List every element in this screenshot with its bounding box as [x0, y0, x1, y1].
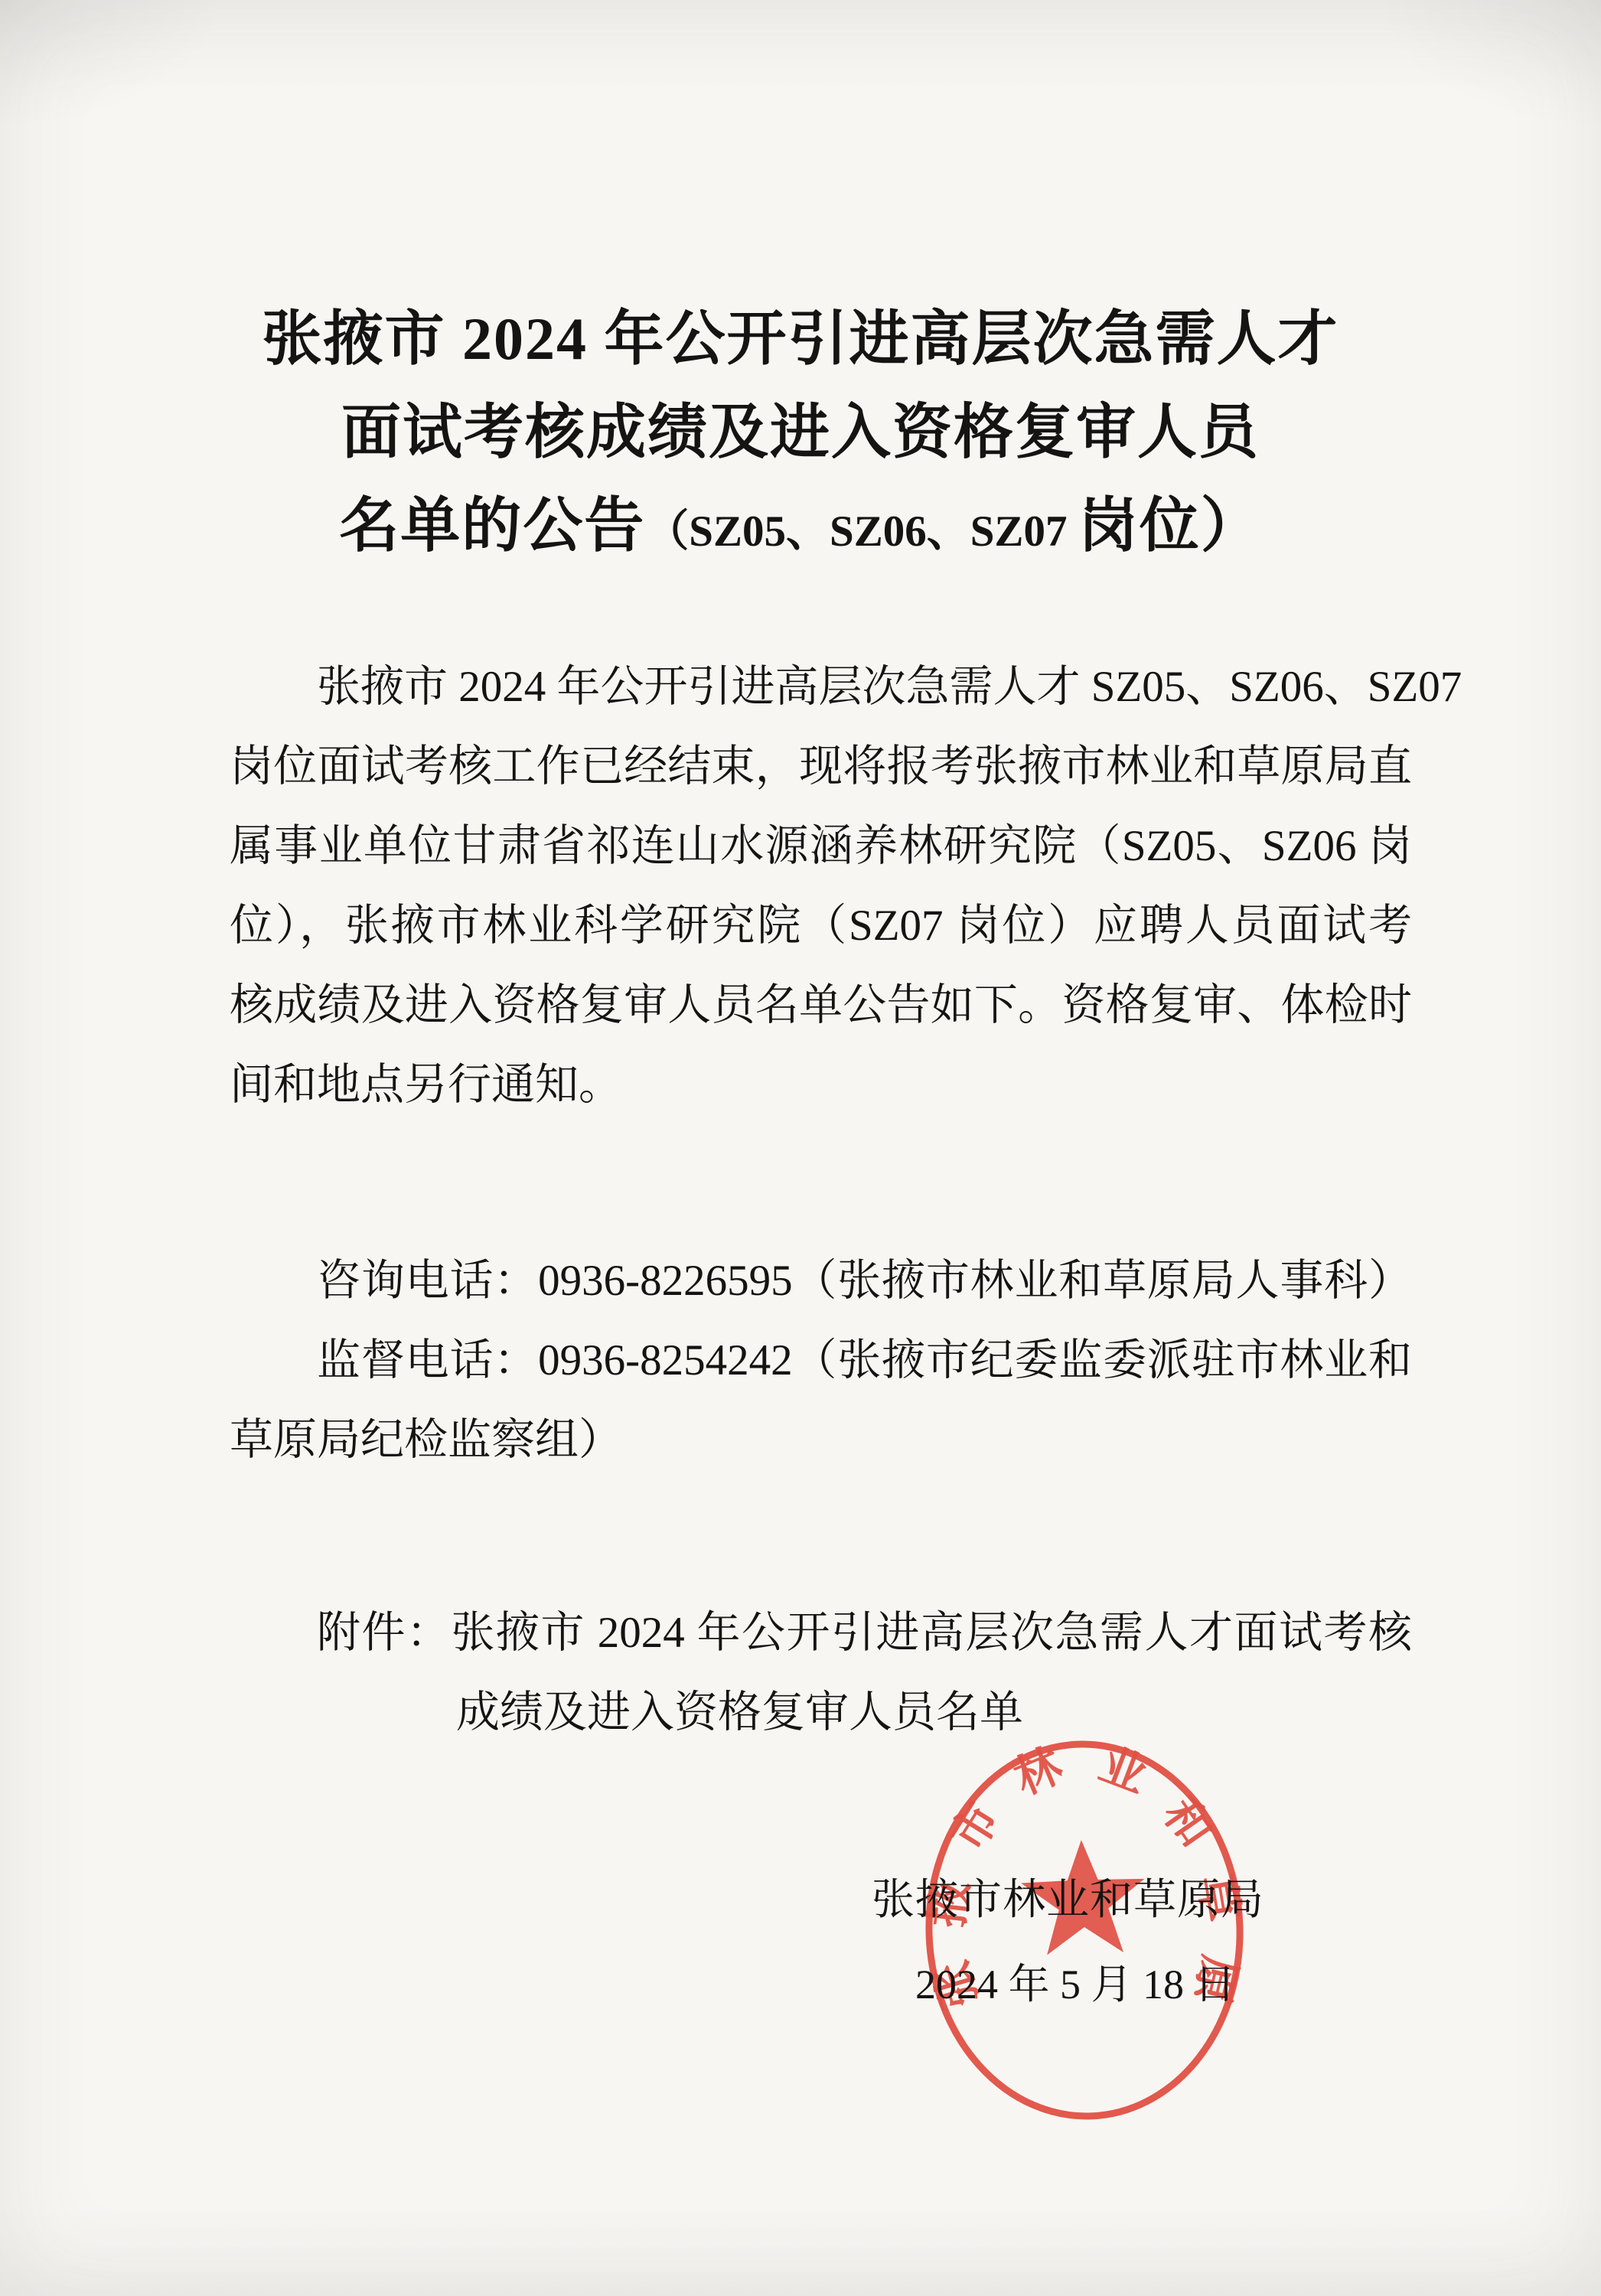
supervise-phone-line-cont: 草原局纪检监察组） [230, 1401, 1412, 1480]
title-line-1: 张掖市 2024 年公开引进高层次急需人才 [0, 292, 1601, 386]
scanned-announcement-page: 张掖市 2024 年公开引进高层次急需人才 面试考核成绩及进入资格复审人员 名单… [0, 0, 1601, 2296]
signature-date: 2024 年 5 月 18 日 [915, 1959, 1236, 2010]
body-line: 位），张掖市林业科学研究院（SZ07 岗位）应聘人员面试考 [230, 886, 1412, 966]
title-line-3-main: 名单的公告 [339, 492, 645, 559]
title-line-3: 名单的公告（SZ05、SZ06、SZ07 岗位） [0, 479, 1601, 579]
signature-organization: 张掖市林业和草原局 [872, 1874, 1264, 1927]
body-paragraph: 张掖市 2024 年公开引进高层次急需人才 SZ05、SZ06、SZ07 岗位面… [230, 647, 1412, 1125]
document-title: 张掖市 2024 年公开引进高层次急需人才 面试考核成绩及进入资格复审人员 名单… [0, 292, 1601, 579]
attachment-line-1: 附件：张掖市 2024 年公开引进高层次急需人才面试考核 [230, 1593, 1412, 1673]
attachment-note: 附件：张掖市 2024 年公开引进高层次急需人才面试考核 成绩及进入资格复审人员… [230, 1593, 1412, 1753]
supervise-phone-line: 监督电话：0936-8254242（张掖市纪委监委派驻市林业和 [230, 1321, 1412, 1401]
contact-phones: 咨询电话：0936-8226595（张掖市林业和草原局人事科） 监督电话：093… [230, 1241, 1412, 1480]
title-line-2: 面试考核成绩及进入资格复审人员 [0, 386, 1601, 479]
body-line: 间和地点另行通知。 [230, 1045, 1412, 1125]
body-line: 张掖市 2024 年公开引进高层次急需人才 SZ05、SZ06、SZ07 [230, 647, 1412, 727]
body-line: 岗位面试考核工作已经结束，现将报考张掖市林业和草原局直 [230, 727, 1412, 807]
body-line: 核成绩及进入资格复审人员名单公告如下。资格复审、体检时 [230, 966, 1412, 1045]
title-line-3-suffix: 岗位） [1078, 492, 1262, 559]
body-line: 属事业单位甘肃省祁连山水源涵养林研究院（SZ05、SZ06 岗 [230, 807, 1412, 886]
official-red-seal: 张掖市林业和草原局 [920, 1737, 1249, 2124]
title-line-3-position-codes: （SZ05、SZ06、SZ07 [645, 507, 1078, 556]
consult-phone-line: 咨询电话：0936-8226595（张掖市林业和草原局人事科） [230, 1241, 1412, 1321]
